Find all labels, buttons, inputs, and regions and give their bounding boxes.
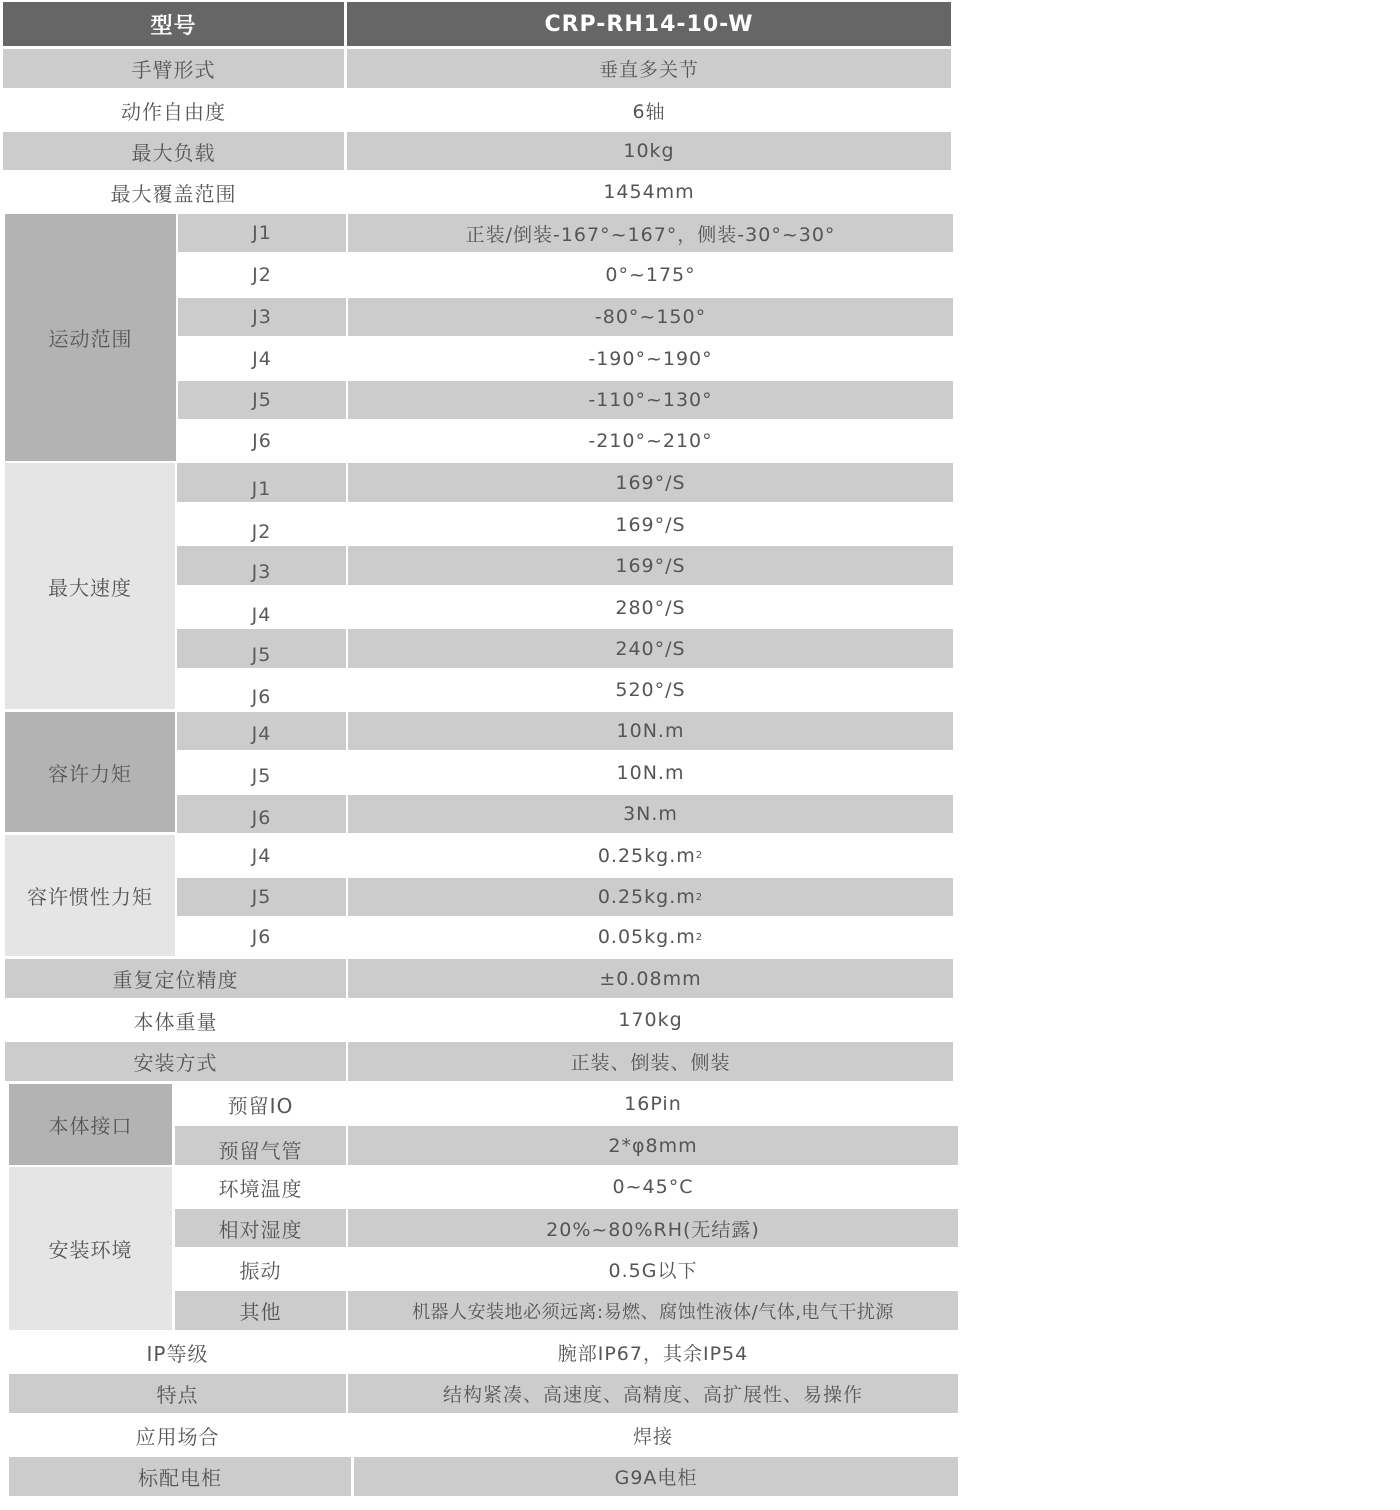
group-label-motion-range: 运动范围 (5, 214, 176, 461)
row-label: 安装方式 (5, 1042, 346, 1081)
joint-label: J6 (177, 918, 346, 956)
row-value: 结构紧凑、高速度、高精度、高扩展性、易操作 (348, 1374, 958, 1413)
joint-value: 正装/倒装-167°~167°，侧装-30°~30° (348, 214, 953, 252)
joint-label: J3 (178, 298, 346, 336)
joint-value: 169°/S (348, 504, 953, 545)
joint-value: 3N.m (348, 795, 953, 833)
joint-value: 280°/S (348, 587, 953, 628)
row-label: 特点 (9, 1374, 346, 1413)
header-label: 型号 (3, 2, 344, 46)
joint-label: J2 (177, 504, 346, 545)
joint-label: J3 (177, 546, 346, 585)
sub-value: 0~45°C (348, 1167, 958, 1207)
joint-value: 0.05kg.m2 (348, 918, 953, 956)
row-label: 最大负载 (3, 132, 344, 170)
row-value: 腕部IP67，其余IP54 (348, 1332, 958, 1372)
row-label: IP等级 (9, 1332, 346, 1372)
joint-label: J6 (177, 795, 346, 833)
group-label-allowable-torque: 容许力矩 (5, 712, 175, 832)
row-label: 重复定位精度 (5, 959, 346, 998)
sub-label: 环境温度 (175, 1167, 346, 1207)
group-label-allowable-inertia: 容许惯性力矩 (5, 835, 175, 956)
joint-label: J5 (177, 752, 346, 794)
joint-label: J2 (178, 254, 346, 296)
group-label-max-speed: 最大速度 (5, 463, 175, 709)
row-label: 应用场合 (9, 1415, 346, 1456)
row-value: ±0.08mm (348, 959, 953, 998)
joint-value: -80°~150° (348, 298, 953, 336)
joint-label: J5 (177, 878, 346, 916)
joint-value: 520°/S (348, 670, 953, 709)
joint-value: -110°~130° (348, 381, 953, 419)
value-text: 0.25kg.m (598, 845, 696, 867)
superscript: 2 (696, 932, 703, 943)
row-label: 动作自由度 (3, 90, 344, 130)
header-model: CRP-RH14-10-W (347, 2, 951, 46)
sub-label: 振动 (175, 1249, 346, 1290)
joint-value: 0.25kg.m2 (348, 835, 953, 876)
joint-value: 10N.m (348, 752, 953, 794)
joint-value: -210°~210° (348, 421, 953, 461)
row-value: 1454mm (347, 172, 951, 212)
row-value: 焊接 (348, 1415, 958, 1456)
sub-value: 2*φ8mm (348, 1126, 958, 1165)
value-text: 0.25kg.m (598, 886, 696, 908)
joint-value: 0°~175° (348, 254, 953, 296)
row-value: 10kg (347, 132, 951, 170)
joint-label: J1 (177, 463, 346, 502)
sub-value: 20%~80%RH(无结露) (348, 1209, 958, 1247)
joint-label: J6 (178, 421, 346, 461)
sub-label: 预留气管 (175, 1126, 346, 1165)
row-label: 手臂形式 (3, 49, 344, 88)
joint-value: 169°/S (348, 463, 953, 502)
joint-value: 0.25kg.m2 (348, 878, 953, 916)
row-label: 本体重量 (5, 1000, 346, 1040)
row-label: 标配电柜 (9, 1457, 351, 1496)
row-value: G9A电柜 (354, 1457, 958, 1496)
group-label-install-env: 安装环境 (9, 1167, 172, 1330)
row-value: 6轴 (347, 90, 951, 130)
joint-label: J4 (177, 712, 346, 750)
sub-label: 相对湿度 (175, 1209, 346, 1247)
sub-label: 其他 (175, 1291, 346, 1330)
sub-label: 预留IO (175, 1084, 346, 1124)
joint-label: J4 (178, 338, 346, 380)
row-value: 垂直多关节 (347, 49, 951, 88)
row-value: 170kg (348, 1000, 953, 1040)
joint-label: J1 (178, 214, 346, 252)
row-value: 正装、倒装、侧装 (348, 1042, 953, 1081)
row-label: 最大覆盖范围 (3, 172, 344, 212)
joint-value: 169°/S (348, 546, 953, 585)
joint-label: J5 (178, 381, 346, 419)
superscript: 2 (696, 892, 703, 903)
sub-value: 16Pin (348, 1084, 958, 1124)
value-text: 0.05kg.m (598, 926, 696, 948)
joint-label: J6 (177, 670, 346, 709)
joint-value: -190°~190° (348, 338, 953, 380)
sub-value: 0.5G以下 (348, 1249, 958, 1290)
joint-label: J4 (177, 835, 346, 876)
joint-value: 240°/S (348, 629, 953, 668)
joint-value: 10N.m (348, 712, 953, 750)
group-label-body-interface: 本体接口 (9, 1084, 172, 1165)
sub-value: 机器人安装地必须远离:易燃、腐蚀性液体/气体,电气干扰源 (348, 1291, 958, 1330)
joint-label: J5 (177, 629, 346, 668)
superscript: 2 (696, 850, 703, 861)
joint-label: J4 (177, 587, 346, 628)
